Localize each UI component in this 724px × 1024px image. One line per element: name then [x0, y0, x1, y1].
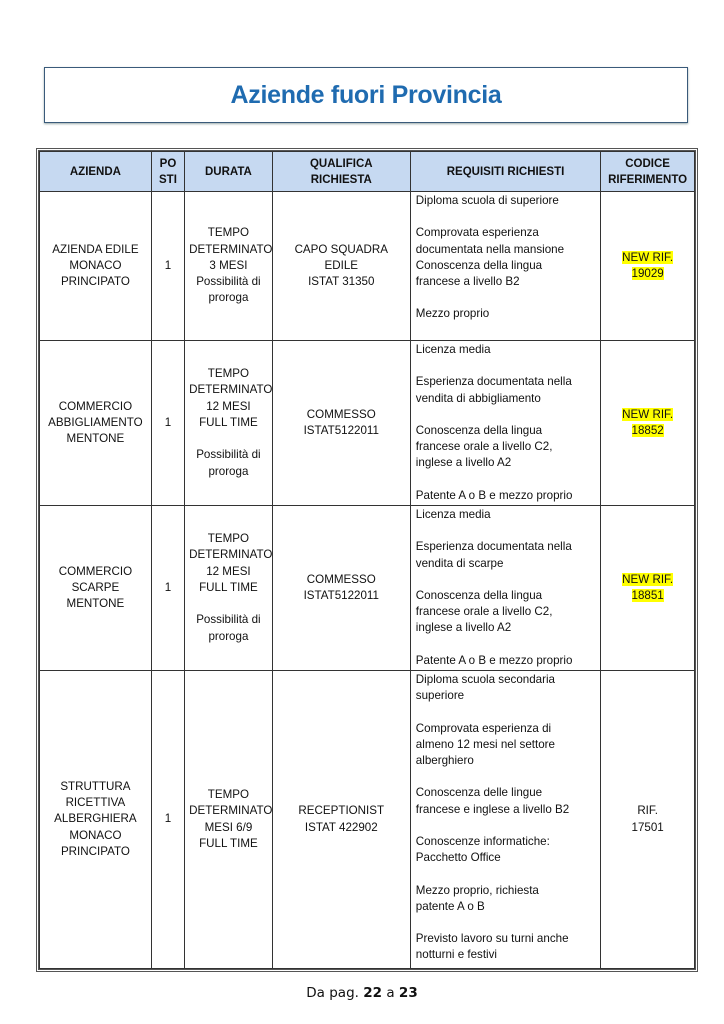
table-row: COMMERCIOABBIGLIAMENTOMENTONE1TEMPODETER…: [40, 341, 695, 506]
cell-posti: 1: [151, 506, 184, 671]
cell-durata: TEMPODETERMINATO12 MESIFULL TIME Possibi…: [185, 506, 273, 671]
cell-posti: 1: [151, 341, 184, 506]
cell-azienda: STRUTTURARICETTIVAALBERGHIERAMONACOPRINC…: [40, 671, 152, 969]
column-header-requisiti: REQUISITI RICHIESTI: [410, 152, 600, 192]
cell-azienda: AZIENDA EDILEMONACOPRINCIPATO: [40, 192, 152, 341]
highlighted-code: NEW RIF.: [622, 251, 673, 264]
cell-azienda: COMMERCIOABBIGLIAMENTOMENTONE: [40, 341, 152, 506]
table-row: STRUTTURARICETTIVAALBERGHIERAMONACOPRINC…: [40, 671, 695, 969]
title-box: Aziende fuori Provincia: [44, 67, 688, 123]
table-header-row: AZIENDAPOSTIDURATAQUALIFICARICHIESTAREQU…: [40, 152, 695, 192]
requirement-item: Esperienza documentata nellavendita di s…: [416, 539, 595, 571]
requirement-item: Conoscenza della linguafrancese orale a …: [416, 588, 595, 637]
page-title: Aziende fuori Provincia: [231, 81, 502, 110]
column-header-qualifica: QUALIFICARICHIESTA: [272, 152, 410, 192]
highlighted-code: 18851: [632, 589, 664, 602]
cell-durata: TEMPODETERMINATOMESI 6/9FULL TIME: [185, 671, 273, 969]
table-row: COMMERCIOSCARPEMENTONE1TEMPODETERMINATO1…: [40, 506, 695, 671]
requirement-item: Conoscenze informatiche:Pacchetto Office: [416, 834, 595, 866]
requirement-item: Comprovata esperienzadocumentata nella m…: [416, 225, 595, 290]
requirement-item: Licenza media: [416, 342, 595, 358]
cell-azienda: COMMERCIOSCARPEMENTONE: [40, 506, 152, 671]
highlighted-code: NEW RIF.: [622, 408, 673, 421]
requirement-item: Patente A o B e mezzo proprio: [416, 653, 595, 669]
cell-requisiti: Diploma scuola secondariasuperioreCompro…: [410, 671, 600, 969]
footer-prefix: Da pag.: [306, 985, 359, 1001]
requirement-item: Licenza media: [416, 507, 595, 523]
cell-requisiti: Licenza mediaEsperienza documentata nell…: [410, 506, 600, 671]
highlighted-code: 18852: [632, 424, 664, 437]
footer-sep: a: [386, 985, 394, 1001]
cell-durata: TEMPODETERMINATO12 MESIFULL TIME Possibi…: [185, 341, 273, 506]
cell-requisiti: Licenza mediaEsperienza documentata nell…: [410, 341, 600, 506]
job-table: AZIENDAPOSTIDURATAQUALIFICARICHIESTAREQU…: [39, 151, 695, 969]
requirement-item: Esperienza documentata nellavendita di a…: [416, 374, 595, 406]
column-header-durata: DURATA: [185, 152, 273, 192]
column-header-posti: POSTI: [151, 152, 184, 192]
cell-qualifica: COMMESSOISTAT5122011: [272, 506, 410, 671]
cell-posti: 1: [151, 671, 184, 969]
column-header-azienda: AZIENDA: [40, 152, 152, 192]
highlighted-code: 19029: [632, 267, 664, 280]
cell-codice: RIF.17501: [601, 671, 695, 969]
page-footer: Da pag. 22 a 23: [0, 985, 724, 1001]
requirement-item: Mezzo proprio: [416, 306, 595, 322]
cell-codice: NEW RIF.18851: [601, 506, 695, 671]
cell-durata: TEMPODETERMINATO3 MESIPossibilità dipror…: [185, 192, 273, 341]
requirement-item: Diploma scuola secondariasuperiore: [416, 672, 595, 704]
requirement-item: Conoscenza delle linguefrancese e ingles…: [416, 785, 595, 817]
job-table-wrapper: AZIENDAPOSTIDURATAQUALIFICARICHIESTAREQU…: [36, 148, 698, 972]
table-row: AZIENDA EDILEMONACOPRINCIPATO1TEMPODETER…: [40, 192, 695, 341]
cell-qualifica: COMMESSOISTAT5122011: [272, 341, 410, 506]
cell-codice: NEW RIF.18852: [601, 341, 695, 506]
cell-requisiti: Diploma scuola di superioreComprovata es…: [410, 192, 600, 341]
footer-to-page: 23: [399, 985, 418, 1001]
requirement-item: Conoscenza della linguafrancese orale a …: [416, 423, 595, 472]
cell-posti: 1: [151, 192, 184, 341]
cell-qualifica: RECEPTIONISTISTAT 422902: [272, 671, 410, 969]
requirement-item: Patente A o B e mezzo proprio: [416, 488, 595, 504]
requirement-item: Diploma scuola di superiore: [416, 193, 595, 209]
requirement-item: Comprovata esperienza dialmeno 12 mesi n…: [416, 721, 595, 770]
cell-qualifica: CAPO SQUADRAEDILEISTAT 31350: [272, 192, 410, 341]
cell-codice: NEW RIF.19029: [601, 192, 695, 341]
requirement-item: Mezzo proprio, richiestapatente A o B: [416, 883, 595, 915]
requirement-item: Previsto lavoro su turni anchenotturni e…: [416, 931, 595, 963]
column-header-codice: CODICERIFERIMENTO: [601, 152, 695, 192]
highlighted-code: NEW RIF.: [622, 573, 673, 586]
footer-from-page: 22: [363, 985, 382, 1001]
